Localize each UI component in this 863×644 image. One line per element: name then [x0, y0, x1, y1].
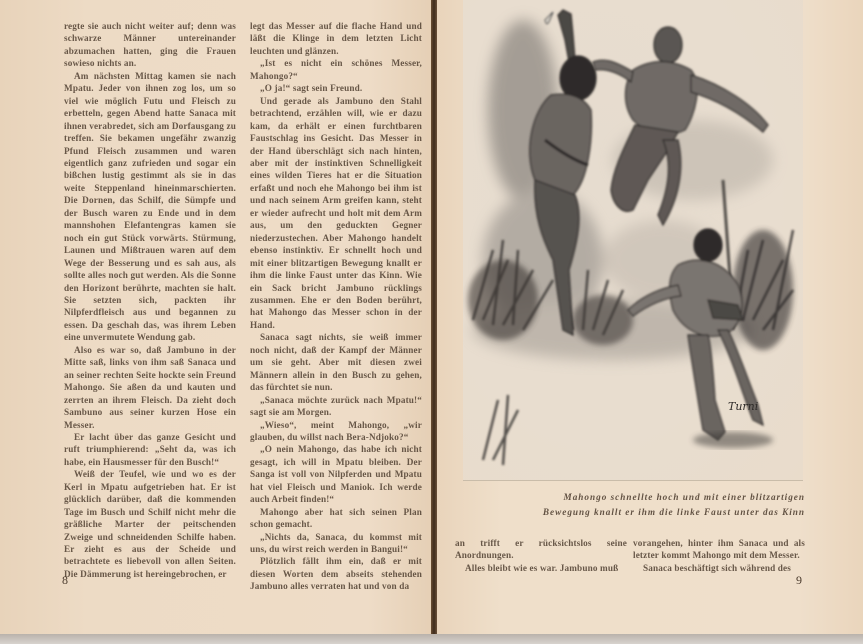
paragraph: Am nächsten Mittag kamen sie nach Mpatu.… — [64, 70, 236, 344]
paragraph: „O nein Mahongo, das habe ich nicht gesa… — [250, 443, 422, 505]
paragraph: Weiß der Teufel, wie und wo es der Kerl … — [64, 468, 236, 580]
paragraph: Also es war so, daß Jambuno in der Mitte… — [64, 344, 236, 431]
book-bottom-edge — [0, 634, 863, 644]
paragraph: legt das Messer auf die flache Hand und … — [250, 20, 422, 57]
illustration: Turni — [463, 0, 803, 481]
left-page: regte sie auch nicht weiter auf; denn wa… — [0, 0, 433, 636]
paragraph: an trifft er rücksichtslos seine Anordnu… — [455, 537, 627, 562]
paragraph: regte sie auch nicht weiter auf; denn wa… — [64, 20, 236, 70]
paragraph: „Ist es nicht ein schönes Messer, Mahong… — [250, 57, 422, 82]
right-page-column-2: vorangehen, hinter ihm Sanaca und als le… — [633, 537, 805, 574]
left-page-column-1: regte sie auch nicht weiter auf; denn wa… — [64, 20, 236, 580]
caption-line-1: Mahongo schnellte hoch und mit einer bli… — [535, 490, 805, 505]
paragraph: „Nichts da, Sanaca, du kommst mit uns, d… — [250, 531, 422, 556]
paragraph: Und gerade als Jambuno den Stahl betrach… — [250, 95, 422, 332]
paragraph: Plötzlich fällt ihm ein, daß er mit dies… — [250, 555, 422, 592]
paragraph: „Sanaca möchte zurück nach Mpatu!“ sagt … — [250, 394, 422, 419]
book-spread: regte sie auch nicht weiter auf; denn wa… — [0, 0, 863, 636]
illustration-caption: Mahongo schnellte hoch und mit einer bli… — [535, 490, 805, 519]
caption-line-2: Bewegung knallt er ihm die linke Faust u… — [535, 505, 805, 520]
paragraph: Sanaca beschäftigt sich während des — [633, 562, 805, 574]
paragraph: Mahongo aber hat sich seinen Plan schon … — [250, 506, 422, 531]
paragraph: Er lacht über das ganze Gesicht und ruft… — [64, 431, 236, 468]
paragraph: vorangehen, hinter ihm Sanaca und als le… — [633, 537, 805, 562]
right-page-column-1: an trifft er rücksichtslos seine Anordnu… — [455, 537, 627, 574]
ink-wash-drawing-icon: Turni — [463, 0, 803, 480]
paragraph: Alles bleibt wie es war. Jambuno muß — [455, 562, 627, 574]
page-number-left: 8 — [62, 573, 68, 588]
paragraph: Sanaca sagt nichts, sie weiß immer noch … — [250, 331, 422, 393]
paragraph: „Wieso“, meint Mahongo, „wir glauben, du… — [250, 419, 422, 444]
page-number-right: 9 — [796, 573, 802, 588]
artist-signature: Turni — [728, 400, 758, 413]
paragraph: „O ja!“ sagt sein Freund. — [250, 82, 422, 94]
left-page-column-2: legt das Messer auf die flache Hand und … — [250, 20, 422, 593]
